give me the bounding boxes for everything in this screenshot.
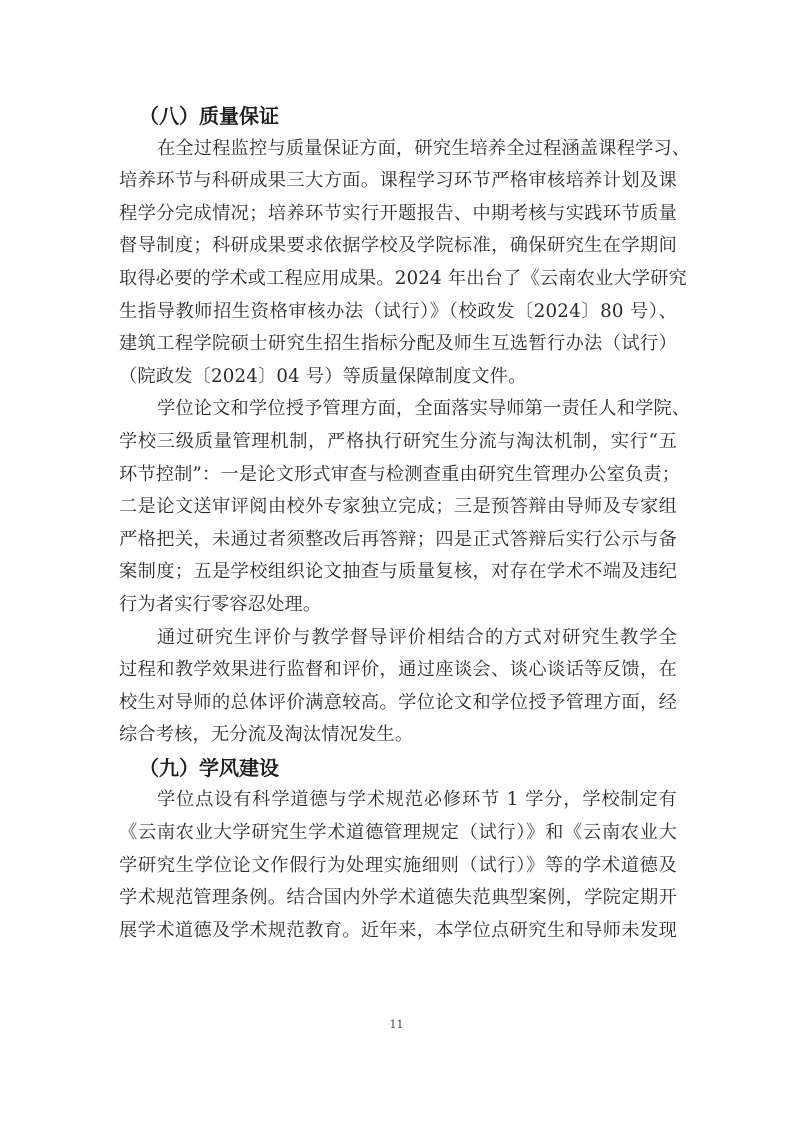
text-line: 建筑工程学院硕士研究生招生指标分配及师生互选暂行办法（试行） bbox=[119, 328, 677, 361]
text-line: 学术规范管理条例。结合国内外学术道德失范典型案例，学院定期开 bbox=[119, 882, 677, 915]
text-line: 案制度；五是学校组织论文抽查与质量复核，对存在学术不端及违纪 bbox=[119, 556, 677, 589]
text-line: 学研究生学位论文作假行为处理实施细则（试行）》等的学术道德及 bbox=[119, 850, 677, 883]
page-content: （八）质量保证 在全过程监控与质量保证方面，研究生培养全过程涵盖课程学习、 培养… bbox=[119, 100, 677, 947]
text-line: （院政发〔2024〕04 号）等质量保障制度文件。 bbox=[119, 361, 677, 394]
text-line: 二是论文送审评阅由校外专家独立完成；三是预答辩由导师及专家组 bbox=[119, 491, 677, 524]
text-line: 综合考核，无分流及淘汰情况发生。 bbox=[119, 719, 677, 752]
text-line: 严格把关，未通过者须整改后再答辩；四是正式答辩后实行公示与备 bbox=[119, 524, 677, 557]
paragraph-quality-monitoring: 在全过程监控与质量保证方面，研究生培养全过程涵盖课程学习、 培养环节与科研成果三… bbox=[119, 133, 677, 394]
paragraph-academic-ethics: 学位点设有科学道德与学术规范必修环节 1 学分，学校制定有 《云南农业大学研究生… bbox=[119, 784, 677, 947]
paragraph-degree-management: 学位论文和学位授予管理方面，全面落实导师第一责任人和学院、 学校三级质量管理机制… bbox=[119, 393, 677, 621]
text-line: 生指导教师招生资格审核办法（试行）》（校政发〔2024〕80 号）、 bbox=[119, 296, 677, 329]
paragraph-evaluation: 通过研究生评价与教学督导评价相结合的方式对研究生教学全 过程和教学效果进行监督和… bbox=[119, 622, 677, 752]
text-line: 学校三级质量管理机制，严格执行研究生分流与淘汰机制，实行“五 bbox=[119, 426, 677, 459]
text-line: 培养环节与科研成果三大方面。课程学习环节严格审核培养计划及课 bbox=[119, 165, 677, 198]
text-line: 在全过程监控与质量保证方面，研究生培养全过程涵盖课程学习、 bbox=[119, 133, 677, 166]
section-heading-quality-assurance: （八）质量保证 bbox=[119, 100, 677, 133]
text-line: 督导制度；科研成果要求依据学校及学院标准，确保研究生在学期间 bbox=[119, 230, 677, 263]
text-line: 取得必要的学术或工程应用成果。2024 年出台了《云南农业大学研究 bbox=[119, 263, 677, 296]
section-heading-academic-ethics: （九）学风建设 bbox=[119, 752, 677, 785]
text-line: 校生对导师的总体评价满意较高。学位论文和学位授予管理方面，经 bbox=[119, 687, 677, 720]
text-line: 学位点设有科学道德与学术规范必修环节 1 学分，学校制定有 bbox=[119, 784, 677, 817]
text-line: 通过研究生评价与教学督导评价相结合的方式对研究生教学全 bbox=[119, 622, 677, 655]
text-line: 程学分完成情况；培养环节实行开题报告、中期考核与实践环节质量 bbox=[119, 198, 677, 231]
text-line: 过程和教学效果进行监督和评价，通过座谈会、谈心谈话等反馈，在 bbox=[119, 654, 677, 687]
text-line: 环节控制”：一是论文形式审查与检测查重由研究生管理办公室负责； bbox=[119, 459, 677, 492]
text-line: 展学术道德及学术规范教育。近年来，本学位点研究生和导师未发现 bbox=[119, 915, 677, 948]
text-line: 行为者实行零容忍处理。 bbox=[119, 589, 677, 622]
page-number: 11 bbox=[0, 1018, 793, 1031]
text-line: 《云南农业大学研究生学术道德管理规定（试行）》和《云南农业大 bbox=[119, 817, 677, 850]
text-line: 学位论文和学位授予管理方面，全面落实导师第一责任人和学院、 bbox=[119, 393, 677, 426]
document-page: （八）质量保证 在全过程监控与质量保证方面，研究生培养全过程涵盖课程学习、 培养… bbox=[0, 0, 793, 1122]
